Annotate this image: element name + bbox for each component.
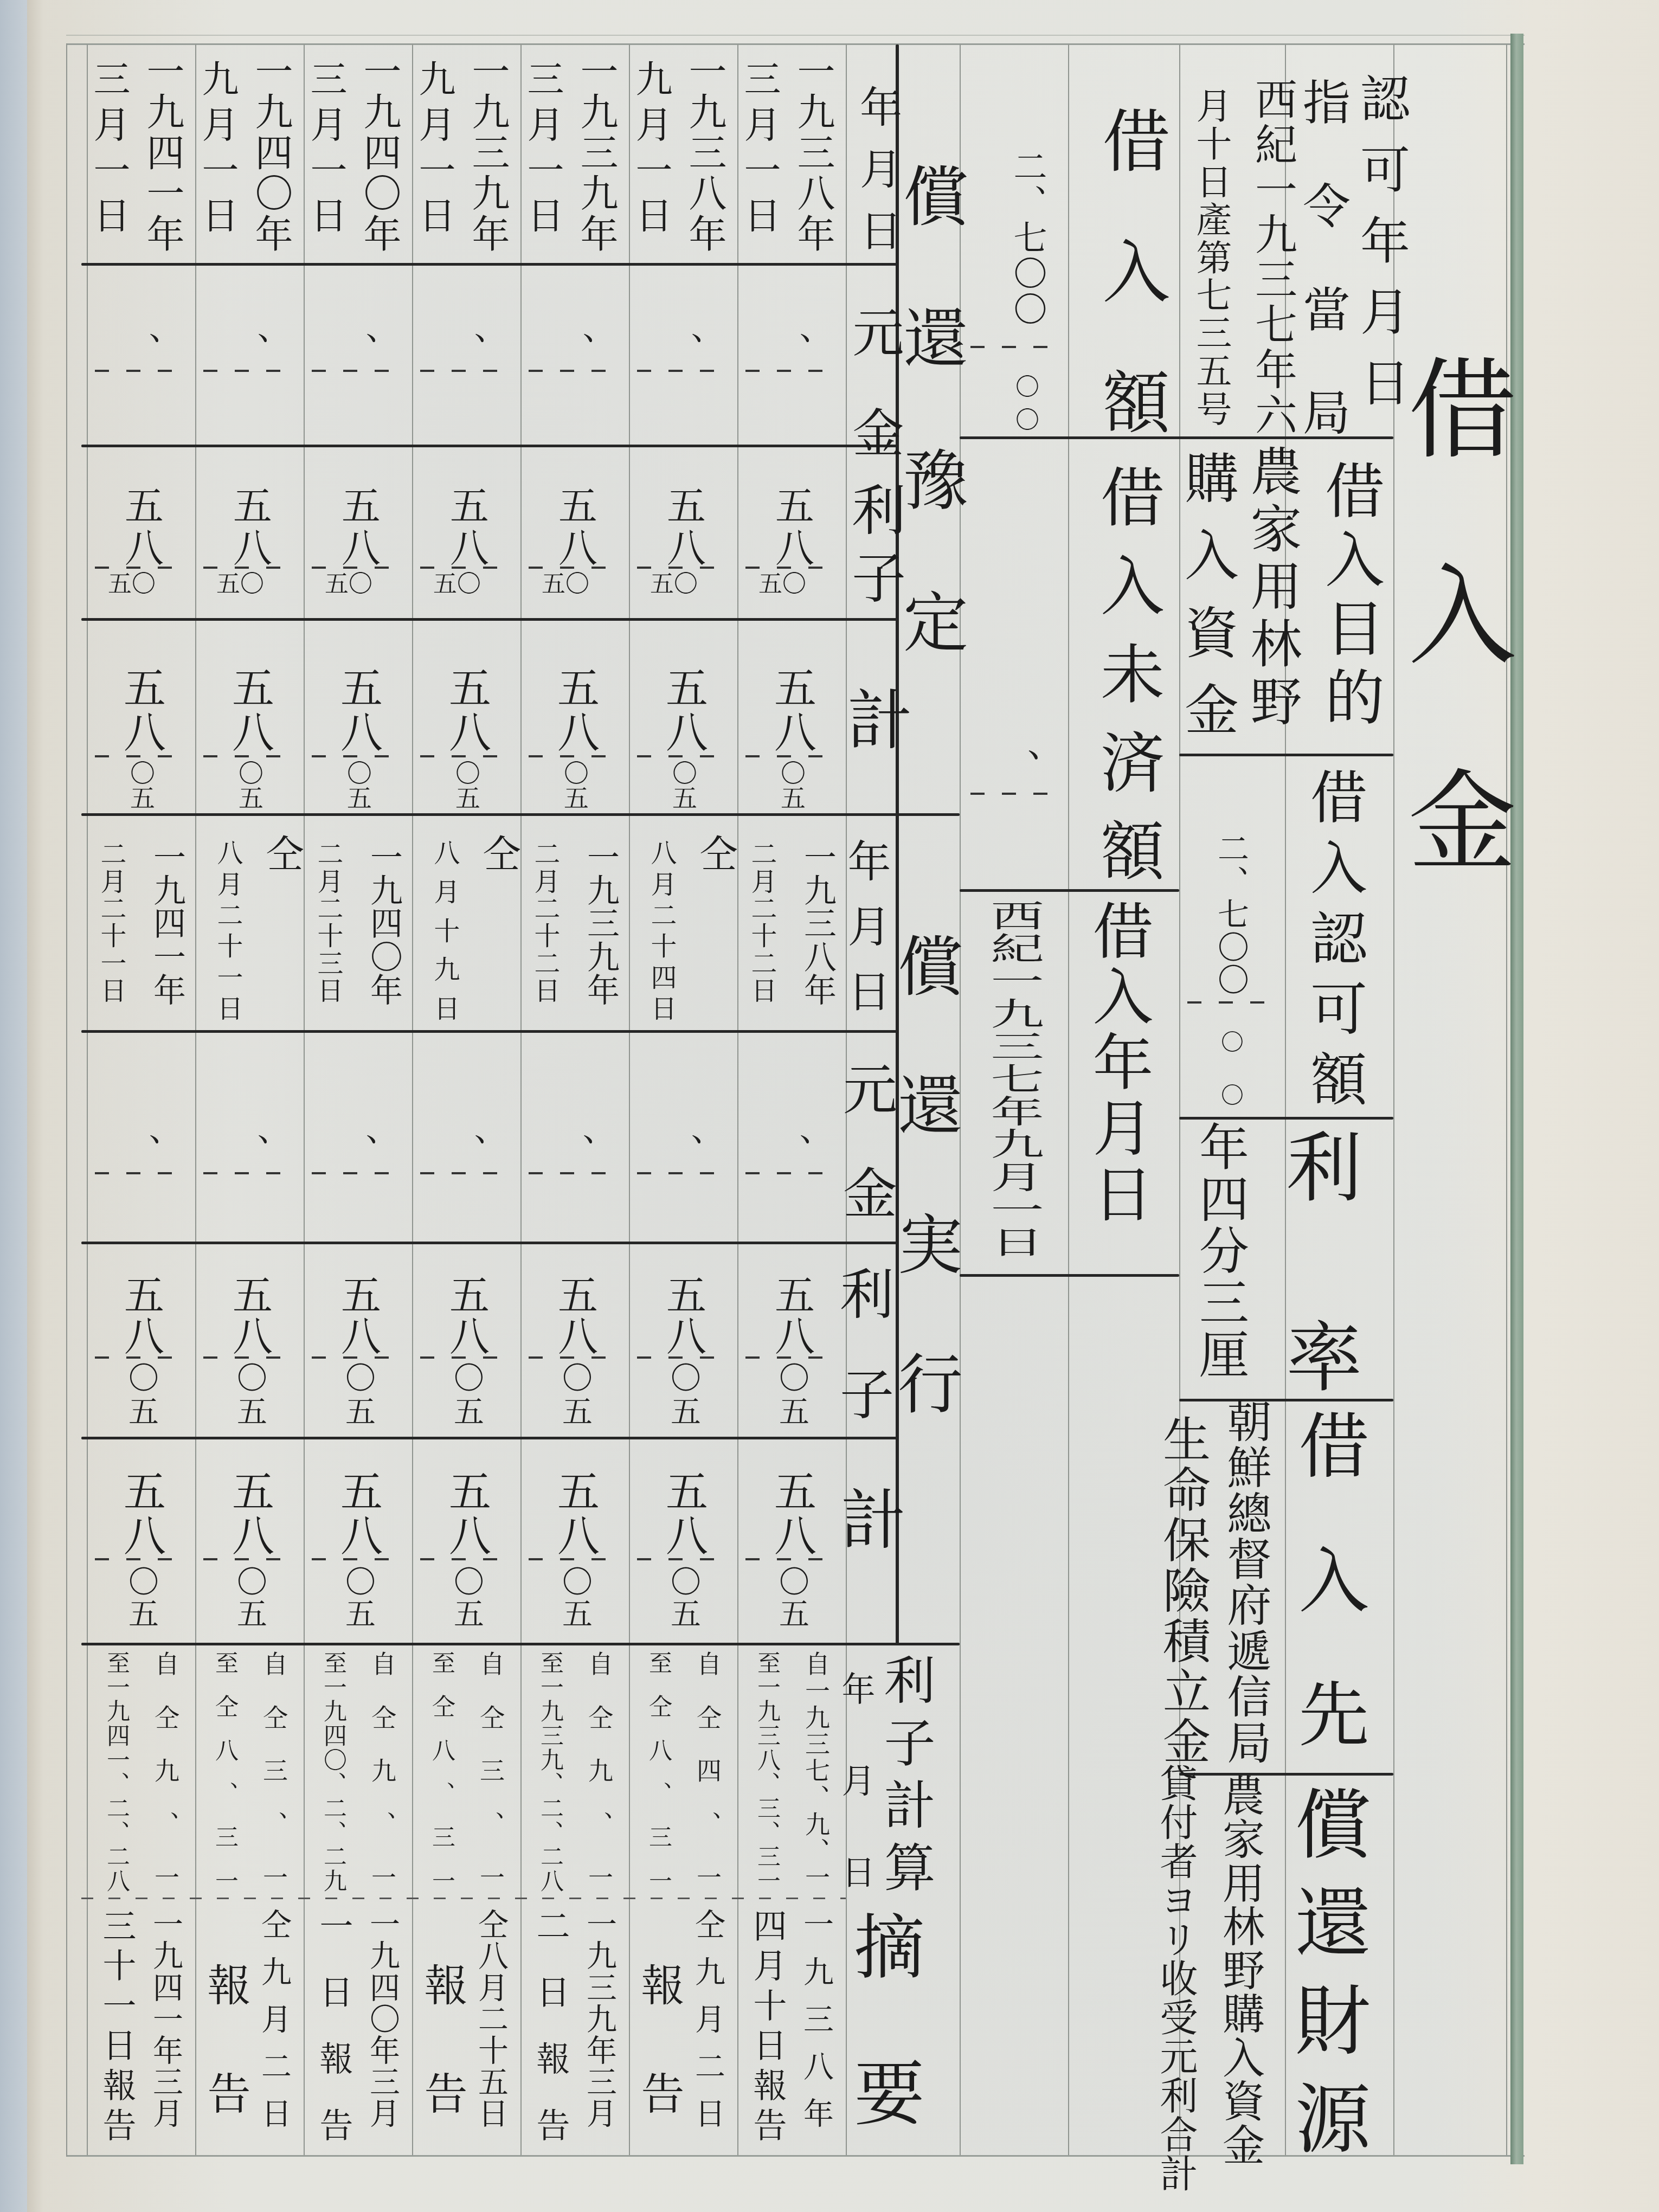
schedule-year: 一九三九年	[469, 52, 507, 252]
schedule-interest-integer: 五八	[664, 485, 703, 567]
schedule-interest-integer: 五八	[772, 485, 811, 567]
actual-month-day: 八月二十一日	[215, 839, 241, 1021]
interest-period-to: 至一九三九、二、二八	[538, 1651, 562, 1892]
schedule-total-decimal: 〇五	[237, 760, 262, 810]
interest-period-to: 至仝八、三一	[647, 1651, 670, 1892]
actual-total-decimal: 〇五	[668, 1566, 698, 1628]
schedule-month-day: 九月一日	[415, 60, 452, 233]
actual-interest-decimal: 〇五	[776, 1362, 807, 1426]
schedule-total-integer: 五八	[770, 666, 813, 753]
interest-period-to: 至一九四一、二、二八	[105, 1651, 128, 1892]
actual-interest-decimal: 〇五	[560, 1362, 590, 1426]
actual-total-decimal: 〇五	[234, 1566, 265, 1628]
decimal-guide-line	[637, 567, 729, 569]
interest-period-from: 自仝三、一	[478, 1651, 503, 1889]
actual-interest-integer: 五八	[121, 1274, 161, 1355]
outstanding-amount-label: 借入未済額	[1095, 464, 1159, 882]
schedule-row-label-interest: 利子	[847, 482, 901, 604]
schedule-total-integer: 五八	[662, 666, 704, 753]
actual-principal: 、	[124, 1133, 158, 1168]
decimal-guide-line	[95, 1356, 187, 1359]
decimal-guide-line	[95, 1172, 187, 1174]
schedule-principal: 、	[232, 332, 267, 366]
schedule-interest-decimal: 〇五	[346, 571, 370, 618]
schedule-section-label: 償還豫定	[897, 163, 962, 653]
decimal-guide-line	[420, 567, 512, 569]
interest-report-date: 一九四一年三月	[150, 1908, 181, 2128]
decimal-guide-line	[745, 567, 838, 569]
decimal-guide-line	[529, 370, 621, 372]
schedule-total-integer: 五八	[228, 666, 271, 753]
schedule-total-decimal: 〇五	[779, 760, 804, 810]
column-rule	[1068, 44, 1069, 2155]
schedule-total-integer: 五八	[120, 666, 162, 753]
actual-year-ditto: 仝	[697, 834, 735, 872]
interest-period-from: 自仝九、一	[153, 1651, 178, 1889]
interest-report-note: 一日報告	[317, 1908, 350, 2142]
schedule-total-decimal: 〇五	[128, 760, 153, 810]
decimal-guide-line	[529, 755, 621, 757]
schedule-row-label-total: 計	[841, 686, 906, 751]
actual-month-day: 二月二十二日	[749, 840, 775, 1003]
approved-amount-integer: 二、七〇〇	[1215, 832, 1246, 995]
schedule-total-decimal: 〇五	[562, 760, 587, 810]
schedule-interest-decimal: 〇五	[563, 571, 587, 618]
actual-month-day: 八月十九日	[432, 839, 458, 1021]
schedule-interest-decimal: 〇五	[129, 571, 153, 618]
actual-month-day: 二月二十一日	[98, 840, 124, 1003]
decimal-guide-line	[529, 567, 621, 569]
schedule-total-decimal: 〇五	[671, 760, 696, 810]
decimal-guide-line	[95, 567, 187, 569]
schedule-interest-integer: 五八	[230, 485, 269, 567]
actual-interest-decimal: 〇五	[126, 1362, 156, 1426]
schedule-total-integer: 五八	[554, 666, 596, 753]
schedule-row-label-date: 年月日	[856, 85, 898, 251]
decimal-guide-line	[312, 755, 404, 757]
decimal-guide-line	[529, 1356, 621, 1359]
schedule-interest-integer: 五八	[121, 485, 160, 567]
decimal-guide-line	[203, 755, 295, 757]
outstanding-amount-value: 、	[1000, 748, 1038, 786]
actual-month-day: 八月二十四日	[648, 839, 674, 1021]
actual-principal: 、	[666, 1133, 700, 1168]
interest-report-date: 仝九月二日	[259, 1908, 289, 2128]
decimal-guide-line	[529, 1558, 621, 1560]
interest-report-date: 仝九月二日	[692, 1908, 723, 2128]
schedule-principal: 、	[557, 332, 592, 366]
interest-report-note: 報告	[420, 1963, 464, 2114]
actual-year: 一九三九年	[584, 840, 617, 1006]
decimal-guide-line	[970, 793, 1063, 795]
ledger-column: 一九四〇年 九月一日 、 五八 〇五 五八 〇五 仝 八月二十一日 、 五八 〇…	[195, 0, 304, 2212]
actual-principal: 、	[340, 1133, 375, 1168]
actual-interest-integer: 五八	[771, 1274, 812, 1355]
actual-year: 一九三八年	[801, 840, 834, 1006]
lender-label: 借入先	[1293, 1409, 1364, 1748]
interest-period-from: 自仝九、一	[587, 1651, 612, 1889]
decimal-guide-line	[312, 1558, 404, 1560]
decimal-guide-line	[637, 1356, 729, 1359]
decimal-guide-line	[745, 1172, 838, 1174]
actual-total-integer: 五八	[770, 1469, 813, 1556]
decimal-guide-line	[420, 1172, 512, 1174]
schedule-interest-decimal: 〇五	[237, 571, 261, 618]
decimal-guide-line	[637, 1172, 729, 1174]
decimal-guide-line	[745, 1558, 838, 1560]
interest-report-note: 報告	[203, 1963, 247, 2114]
actual-total-decimal: 〇五	[343, 1566, 373, 1628]
actual-total-decimal: 〇五	[451, 1566, 481, 1628]
row-line	[1179, 754, 1393, 756]
actual-total-integer: 五八	[662, 1469, 704, 1556]
decimal-guide-line	[420, 755, 512, 757]
decimal-guide-line	[203, 370, 295, 372]
form-left-border	[66, 43, 67, 2157]
decimal-guide-line	[312, 370, 404, 372]
schedule-interest-integer: 五八	[555, 485, 594, 567]
decimal-guide-line	[420, 1558, 512, 1560]
interest-period-to: 至仝八、三一	[430, 1651, 453, 1892]
row-line	[1179, 1117, 1393, 1120]
actual-principal: 、	[774, 1133, 809, 1168]
decimal-guide-line	[637, 1558, 729, 1560]
ledger-column: 一九三九年 三月一日 、 五八 〇五 五八 〇五 一九三九年 二月二十二日 、 …	[520, 0, 629, 2212]
actual-year: 一九四〇年	[368, 840, 400, 1006]
borrowed-date-label: 借入年月日	[1088, 899, 1148, 1223]
actual-section-label: 償還実行	[892, 933, 957, 1415]
actual-total-integer: 五八	[445, 1469, 487, 1556]
actual-year-ditto: 仝	[480, 834, 518, 872]
interest-period-to: 至仝八、三一	[213, 1651, 236, 1892]
actual-total-integer: 五八	[554, 1469, 596, 1556]
repayment-source-line2: 貸付者ヨリ收受元利合計	[1157, 1764, 1195, 2192]
decimal-guide-line	[970, 346, 1063, 348]
decimal-guide-line	[312, 1172, 404, 1174]
schedule-year: 一九三八年	[794, 52, 832, 252]
purpose-value-line1: 農家用林野	[1246, 445, 1297, 726]
decimal-guide-line	[95, 370, 187, 372]
actual-row-label-date: 年月日	[844, 839, 887, 1012]
lender-value-line2: 生命保險積立金	[1159, 1414, 1207, 1764]
interest-calc-label: 利子計算	[879, 1654, 931, 1892]
schedule-interest-integer: 五八	[447, 485, 486, 567]
actual-year: 一九四一年	[151, 840, 183, 1006]
decimal-guide-line	[312, 567, 404, 569]
approval-value-line1: 西紀一九三七年六	[1251, 78, 1294, 435]
schedule-month-day: 三月一日	[90, 60, 127, 233]
actual-interest-integer: 五八	[555, 1274, 595, 1355]
row-line	[960, 1274, 1179, 1277]
ledger-column: 一九四一年 三月一日 、 五八 〇五 五八 〇五 一九四一年 二月二十一日 、 …	[87, 0, 195, 2212]
decimal-guide-line	[95, 1558, 187, 1560]
interest-calc-summary-label: 摘要	[848, 1910, 919, 2127]
approval-date-label: 認可年月日	[1356, 73, 1406, 407]
schedule-total-decimal: 〇五	[345, 760, 370, 810]
approval-value-line2: 月十日產第七三五号	[1193, 87, 1229, 426]
actual-month-day: 二月二十二日	[532, 840, 558, 1003]
row-line	[1179, 1773, 1393, 1776]
row-line	[1179, 1399, 1393, 1401]
purpose-label: 借入目的	[1320, 460, 1380, 726]
schedule-year: 一九四一年	[144, 52, 182, 252]
scanner-background	[0, 0, 30, 2212]
schedule-month-day: 三月一日	[524, 60, 561, 233]
actual-interest-decimal: 〇五	[451, 1362, 481, 1426]
interest-rate-value: 年四分三厘	[1195, 1121, 1245, 1379]
decimal-guide-line	[637, 370, 729, 372]
approved-amount-label: 借入認可額	[1306, 768, 1362, 1107]
decimal-guide-line	[529, 1172, 621, 1174]
actual-principal: 、	[449, 1133, 484, 1168]
schedule-interest-decimal: 〇五	[454, 571, 478, 618]
actual-interest-decimal: 〇五	[234, 1362, 265, 1426]
interest-period-to: 至一九三八、三、三一	[755, 1651, 779, 1892]
interest-report-date: 一九三九年三月	[584, 1908, 614, 2128]
actual-total-decimal: 〇五	[776, 1566, 807, 1628]
schedule-interest-decimal: 〇五	[780, 571, 803, 618]
actual-total-decimal: 〇五	[560, 1566, 590, 1628]
actual-row-label-principal: 元金	[838, 1061, 892, 1219]
decimal-guide-line	[203, 567, 295, 569]
actual-year-ditto: 仝	[263, 834, 301, 872]
schedule-row-label-principal: 元金	[848, 306, 899, 458]
interest-report-note: 二日報告	[533, 1908, 567, 2142]
schedule-month-day: 三月一日	[741, 60, 777, 233]
interest-rate-label: 利率	[1279, 1128, 1355, 1393]
schedule-year: 一九四〇年	[361, 52, 398, 252]
decimal-guide-line	[95, 755, 187, 757]
schedule-month-day: 三月一日	[307, 60, 344, 233]
actual-total-integer: 五八	[337, 1469, 379, 1556]
schedule-principal: 、	[340, 332, 375, 366]
ledger-column: 一九三八年 九月一日 、 五八 〇五 五八 〇五 仝 八月二十四日 、 五八 〇…	[629, 0, 737, 2212]
borrowed-amount-decimal: 〇〇	[1013, 374, 1037, 431]
schedule-total-integer: 五八	[445, 666, 487, 753]
decimal-guide-line	[312, 1356, 404, 1359]
actual-total-decimal: 〇五	[126, 1566, 156, 1628]
decimal-guide-line	[203, 1558, 295, 1560]
interest-report-note: 四月十日報告	[750, 1908, 784, 2142]
borrowed-amount-integer: 二、七〇〇	[1011, 149, 1044, 325]
actual-interest-integer: 五八	[446, 1274, 486, 1355]
actual-interest-decimal: 〇五	[668, 1362, 698, 1426]
decimal-guide-line	[420, 370, 512, 372]
lender-value-line1: 朝鮮總督府遞信局	[1223, 1398, 1268, 1764]
actual-month-day: 二月二十三日	[315, 840, 341, 1003]
approved-amount-decimal: 〇〇	[1219, 1030, 1242, 1106]
interest-period-from: 自一九三七、九、一	[803, 1651, 828, 1889]
schedule-principal: 、	[449, 332, 484, 366]
actual-principal: 、	[232, 1133, 267, 1168]
ledger-column: 一九三八年 三月一日 、 五八 〇五 五八 〇五 一九三八年 二月二十二日 、 …	[737, 0, 846, 2212]
decimal-guide-line	[203, 1356, 295, 1359]
borrowed-date-value: 西紀一九三七年九月一日	[986, 899, 1040, 1257]
schedule-year: 一九四〇年	[252, 52, 290, 252]
decimal-guide-line	[1187, 1001, 1279, 1004]
interest-report-note: 三十一日報告	[100, 1908, 133, 2142]
decimal-guide-line	[745, 370, 838, 372]
schedule-principal: 、	[124, 332, 158, 366]
decimal-guide-line	[745, 1356, 838, 1359]
decimal-guide-line	[420, 1356, 512, 1359]
row-line	[960, 436, 1393, 439]
interest-report-note: 報告	[637, 1963, 680, 2114]
interest-period-to: 至一九四〇、二、二九	[321, 1651, 345, 1892]
row-line	[960, 889, 1179, 892]
interest-period-from: 自仝九、一	[370, 1651, 395, 1889]
borrowed-amount-label: 借入額	[1096, 106, 1164, 435]
schedule-month-day: 九月一日	[198, 60, 235, 233]
page-title: 借入金	[1399, 352, 1507, 873]
approval-authority-label: 指令當局	[1299, 78, 1347, 435]
actual-interest-integer: 五八	[663, 1274, 703, 1355]
schedule-interest-integer: 五八	[338, 485, 377, 567]
schedule-total-decimal: 〇五	[454, 760, 479, 810]
schedule-interest-decimal: 〇五	[671, 571, 695, 618]
repayment-source-line1: 農家用林野購入資金	[1219, 1774, 1261, 2165]
schedule-total-integer: 五八	[337, 666, 379, 753]
decimal-guide-line	[745, 755, 838, 757]
purpose-value-line2: 購入資金	[1180, 450, 1234, 736]
repayment-source-label: 償還財源	[1288, 1785, 1364, 2155]
ledger-column: 一九三九年 九月一日 、 五八 〇五 五八 〇五 仝 八月十九日 、 五八 〇五…	[412, 0, 520, 2212]
interest-period-from: 自仝三、一	[261, 1651, 286, 1889]
interest-report-date: 一九三八年	[801, 1908, 831, 2128]
interest-report-date: 仝八月二十五日	[475, 1908, 506, 2128]
actual-total-integer: 五八	[228, 1469, 271, 1556]
actual-interest-decimal: 〇五	[343, 1362, 373, 1426]
actual-total-integer: 五八	[120, 1469, 162, 1556]
schedule-principal: 、	[666, 332, 700, 366]
decimal-guide-line	[637, 755, 729, 757]
actual-interest-integer: 五八	[338, 1274, 378, 1355]
interest-period-from: 自仝四、一	[695, 1651, 720, 1889]
interest-report-date: 一九四〇年三月	[367, 1908, 397, 2128]
schedule-year: 一九三八年	[686, 52, 724, 252]
actual-principal: 、	[557, 1133, 592, 1168]
schedule-year: 一九三九年	[577, 52, 615, 252]
schedule-principal: 、	[774, 332, 809, 366]
actual-interest-integer: 五八	[229, 1274, 269, 1355]
schedule-month-day: 九月一日	[632, 60, 669, 233]
decimal-guide-line	[203, 1172, 295, 1174]
ledger-column: 一九四〇年 三月一日 、 五八 〇五 五八 〇五 一九四〇年 二月二十三日 、 …	[304, 0, 412, 2212]
